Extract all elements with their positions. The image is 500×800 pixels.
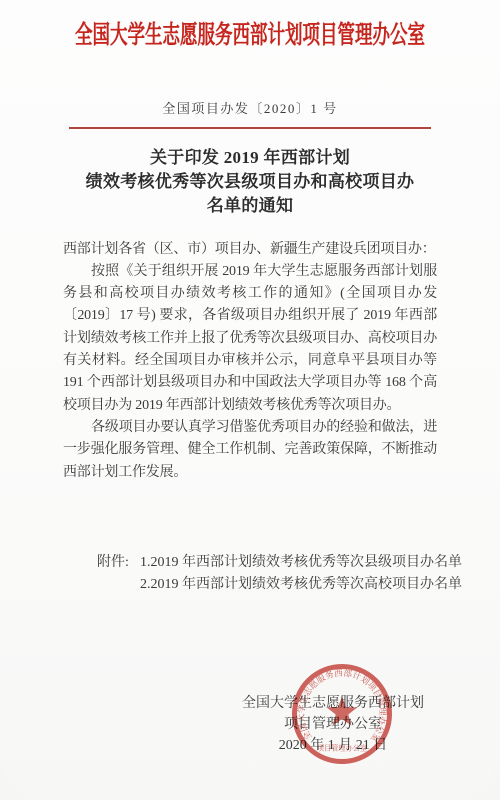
notice-title-line2: 绩效考核优秀等次县级项目办和高校项目办 <box>0 170 500 194</box>
salutation: 西部计划各省（区、市）项目办、新疆生产建设兵团项目办： <box>63 239 437 261</box>
signature-org-line2: 项目管理办公室 <box>235 714 431 735</box>
signature-block: 全国大学生志愿服务西部计划 项目管理办公室 2020 年 1 月 21 日 <box>235 693 431 756</box>
attachment-item-1: 1.2019 年西部计划绩效考核优秀等次县级项目办名单 <box>140 552 462 575</box>
signature-date: 2020 年 1 月 21 日 <box>235 735 431 756</box>
attachment-label: 附件: <box>97 552 140 575</box>
red-divider-line <box>69 127 431 129</box>
document-number: 全国项目办发〔2020〕1 号 <box>0 101 500 117</box>
notice-title: 关于印发 2019 年西部计划 绩效考核优秀等次县级项目办和高校项目办 名单的通… <box>0 146 500 218</box>
attachments-block: 附件: 1.2019 年西部计划绩效考核优秀等次县级项目办名单 2.2019 年… <box>97 552 500 597</box>
attachment-row-1: 附件: 1.2019 年西部计划绩效考核优秀等次县级项目办名单 <box>97 552 500 575</box>
document-body: 西部计划各省（区、市）项目办、新疆生产建设兵团项目办： 按照《关于组织开展 20… <box>63 239 437 484</box>
paragraph-2: 各级项目办要认真学习借鉴优秀项目办的经验和做法，进一步强化服务管理、健全工作机制… <box>63 417 437 484</box>
signature-org-line1: 全国大学生志愿服务西部计划 <box>235 693 431 714</box>
paragraph-1: 按照《关于组织开展 2019 年大学生志愿服务西部计划服务县和高校项目办绩效考核… <box>63 261 437 417</box>
attachment-row-2: 2.2019 年西部计划绩效考核优秀等次高校项目办名单 <box>97 574 500 597</box>
issuing-authority-header: 全国大学生志愿服务西部计划项目管理办公室 <box>75 23 425 48</box>
document-page: 全国大学生志愿服务西部计划项目管理办公室 全国项目办发〔2020〕1 号 关于印… <box>0 0 500 800</box>
notice-title-line3: 名单的通知 <box>0 194 500 218</box>
notice-title-line1: 关于印发 2019 年西部计划 <box>0 146 500 170</box>
attachment-item-2: 2.2019 年西部计划绩效考核优秀等次高校项目办名单 <box>140 574 462 597</box>
